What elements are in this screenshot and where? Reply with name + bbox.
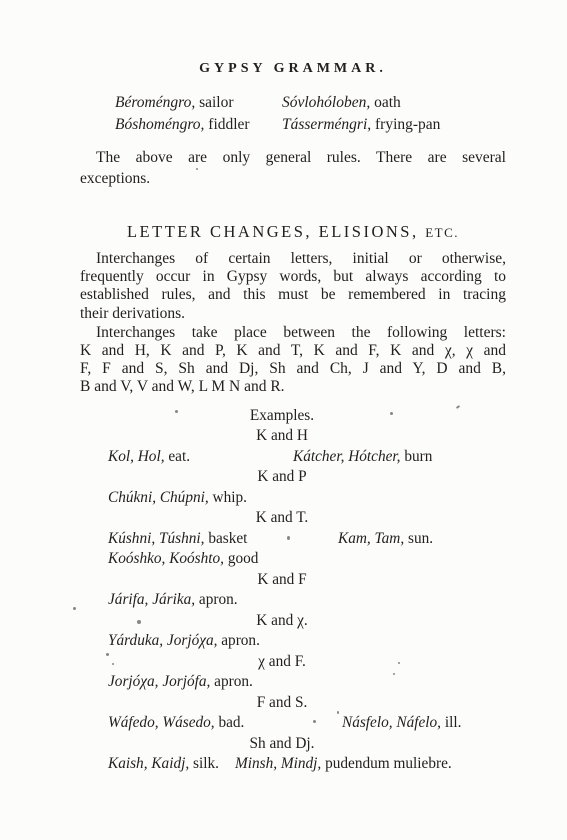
gypsy-terms: Tásserméngri, [282, 116, 371, 133]
english-gloss: fiddler [208, 116, 249, 133]
gypsy-terms: Yárduka, Jorjóχa, [108, 632, 217, 649]
scan-speck [398, 662, 400, 664]
english-gloss: silk. [193, 755, 219, 772]
scan-speck [175, 410, 178, 413]
english-gloss: apron. [221, 632, 260, 649]
english-gloss: sun. [408, 530, 433, 547]
gypsy-terms: Násfelo, Náfelo, [342, 714, 441, 731]
running-head: GYPSY GRAMMAR. [80, 60, 506, 78]
english-gloss: ill. [445, 714, 462, 731]
example-entry: Jorjóχa, Jorjófa, apron. [108, 673, 253, 690]
rule-heading-f-s: F and S. [80, 693, 506, 714]
english-gloss: eat. [168, 448, 190, 465]
intro-paragraph: The above are only general rules. There … [80, 147, 506, 189]
example-row: Koóshko, Koóshto, good [80, 549, 506, 570]
paragraph-line: Interchanges of certain letters, initial… [80, 250, 506, 268]
rule-heading-k-f: K and F [80, 570, 506, 591]
scan-speck [337, 711, 339, 714]
example-entry: Wáfedo, Wásedo, bad. [108, 714, 244, 731]
scan-speck [137, 620, 141, 624]
english-gloss: apron. [214, 673, 253, 690]
vocab-row: Bóshoméngro, fiddler Tásserméngri, fryin… [80, 116, 506, 138]
example-row: Kúshni, Túshni, basket Kam, Tam, sun. [80, 529, 506, 550]
example-entry: Kátcher, Hótcher, burn [293, 447, 432, 468]
example-entry: Yárduka, Jorjóχa, apron. [108, 632, 260, 649]
example-entry: Kam, Tam, sun. [338, 529, 433, 550]
rule-heading-k-h: K and H [80, 426, 506, 447]
gypsy-terms: Koóshko, Koóshto, [108, 550, 224, 567]
gypsy-terms: Wáfedo, Wásedo, [108, 714, 215, 731]
paragraph-line: The above are only general rules. There … [80, 147, 506, 168]
english-gloss: bad. [218, 714, 244, 731]
body-paragraph: Interchanges of certain letters, initial… [80, 250, 506, 323]
gypsy-terms: Kaish, Kaidj, [108, 755, 189, 772]
vocab-entry: Tásserméngri, frying-pan [282, 116, 440, 134]
paragraph-line: B and V, V and W, L M N and R. [80, 378, 506, 396]
example-row: Kaish, Kaidj, silk. Minsh, Mindj, pudend… [80, 754, 506, 775]
example-row: Járifa, Járika, apron. [80, 590, 506, 611]
gypsy-terms: Bóshoméngro, [115, 116, 204, 133]
gypsy-terms: Kátcher, Hótcher, [293, 448, 401, 465]
gypsy-terms: Kol, Hol, [108, 448, 165, 465]
vocab-row: Béroméngro, sailor Sóvlohóloben, oath [80, 94, 506, 116]
rule-heading-k-t: K and T. [80, 508, 506, 529]
examples-heading: Examples. [80, 406, 506, 427]
section-heading: LETTER CHANGES, ELISIONS, ETC. [80, 221, 506, 244]
example-entry: Kaish, Kaidj, silk. [108, 755, 219, 772]
rule-heading-k-p: K and P [80, 467, 506, 488]
example-row: Chúkni, Chúpni, whip. [80, 488, 506, 509]
english-gloss: pudendum muliebre. [325, 755, 452, 772]
gypsy-terms: Kúshni, Túshni, [108, 530, 204, 547]
scan-speck [73, 607, 76, 610]
vocab-entry: Sóvlohóloben, oath [282, 94, 401, 112]
english-gloss: basket [208, 530, 247, 547]
example-row: Wáfedo, Wásedo, bad. Násfelo, Náfelo, il… [80, 713, 506, 734]
gypsy-terms: Minsh, Mindj, [235, 755, 321, 772]
paragraph-line: established rules, and this must be reme… [80, 286, 506, 304]
rule-heading-chi-f: χ and F. [80, 652, 506, 673]
scan-speck [390, 412, 393, 415]
example-entry: Násfelo, Náfelo, ill. [342, 713, 461, 734]
scan-speck [112, 663, 114, 665]
example-row: Jorjóχa, Jorjófa, apron. [80, 672, 506, 693]
english-gloss: sailor [199, 94, 233, 111]
scan-speck [393, 673, 395, 675]
scan-speck [106, 653, 109, 656]
example-entry: Kol, Hol, eat. [108, 448, 190, 465]
example-entry: Kúshni, Túshni, basket [108, 530, 247, 547]
book-page: GYPSY GRAMMAR. Béroméngro, sailor Sóvloh… [0, 0, 567, 840]
english-gloss: oath [374, 94, 401, 111]
paragraph-line: K and H, K and P, K and T, K and F, K an… [80, 342, 506, 360]
paragraph-line: their derivations. [80, 305, 506, 323]
gypsy-terms: Jorjóχa, Jorjófa, [108, 673, 210, 690]
gypsy-terms: Sóvlohóloben, [282, 94, 370, 111]
example-entry: Járifa, Járika, apron. [108, 591, 238, 608]
paragraph-line: F, F and S, Sh and Dj, Sh and Ch, J and … [80, 360, 506, 378]
paragraph-line: frequently occur in Gypsy words, but alw… [80, 268, 506, 286]
example-entry: Koóshko, Koóshto, good [108, 550, 258, 567]
example-row: Kol, Hol, eat. Kátcher, Hótcher, burn [80, 447, 506, 468]
section-heading-main: LETTER CHANGES, ELISIONS, [127, 222, 419, 241]
gypsy-terms: Járifa, Járika, [108, 591, 195, 608]
gypsy-terms: Chúkni, Chúpni, [108, 489, 209, 506]
body-paragraph: Interchanges take place between the foll… [80, 324, 506, 397]
examples-section: Examples. K and H Kol, Hol, eat. Kátcher… [80, 406, 506, 775]
rule-heading-k-chi: K and χ. [80, 611, 506, 632]
english-gloss: frying-pan [375, 116, 440, 133]
english-gloss: good [228, 550, 259, 567]
paragraph-line: exceptions. [80, 168, 506, 189]
scan-speck [287, 536, 290, 540]
scan-speck [196, 168, 198, 170]
example-row: Yárduka, Jorjóχa, apron. [80, 631, 506, 652]
paragraph-line: Interchanges take place between the foll… [80, 324, 506, 342]
page-content: GYPSY GRAMMAR. Béroméngro, sailor Sóvloh… [80, 60, 506, 775]
section-heading-etc: ETC. [425, 225, 459, 240]
gypsy-terms: Béroméngro, [115, 94, 195, 111]
scan-speck [313, 720, 316, 723]
english-gloss: burn [404, 448, 432, 465]
vocab-pair-table: Béroméngro, sailor Sóvlohóloben, oath Bó… [80, 94, 506, 138]
gypsy-terms: Kam, Tam, [338, 530, 404, 547]
vocab-entry: Bóshoméngro, fiddler [115, 116, 250, 134]
example-entry: Chúkni, Chúpni, whip. [108, 489, 247, 506]
vocab-entry: Béroméngro, sailor [115, 94, 234, 112]
rule-heading-sh-dj: Sh and Dj. [80, 734, 506, 755]
english-gloss: apron. [199, 591, 238, 608]
example-entry: Minsh, Mindj, pudendum muliebre. [235, 754, 452, 775]
english-gloss: whip. [213, 489, 247, 506]
